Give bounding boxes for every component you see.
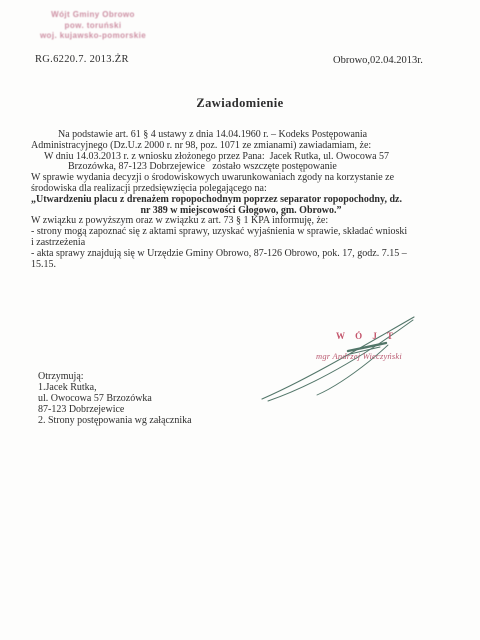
document-title: Zawiadomienie (0, 96, 480, 111)
body-line: 15.15. (31, 260, 451, 271)
wojt-name-stamp: mgr Andrzej Wieczyński (316, 351, 402, 361)
recipients-block: Otrzymują: 1.Jacek Rutka, ul. Owocowa 57… (38, 371, 192, 426)
document-body: Na podstawie art. 61 § 4 ustawy z dnia 1… (31, 130, 451, 270)
sender-stamp-line: Wójt Gminy Obrowo (28, 10, 158, 21)
handwritten-signature-stroke (230, 285, 430, 410)
recipient-line: 1.Jacek Rutka, (38, 382, 192, 393)
sender-stamp-line: woj. kujawsko-pomorskie (28, 31, 158, 42)
case-reference-number: RG.6220.7. 2013.ŻR (35, 54, 129, 65)
body-line-project-name: „Utwardzeniu placu z drenażem ropopochod… (31, 195, 451, 206)
sender-office-stamp: Wójt Gminy Obrowo pow. toruński woj. kuj… (28, 10, 158, 42)
body-line: - akta sprawy znajdują się w Urzędzie Gm… (31, 249, 451, 260)
recipients-heading: Otrzymują: (38, 371, 192, 382)
document-place-date: Obrowo,02.04.2013r. (333, 55, 423, 66)
scanned-letter-page: Wójt Gminy Obrowo pow. toruński woj. kuj… (0, 0, 480, 640)
recipient-line: 87-123 Dobrzejewice (38, 404, 192, 415)
recipient-line: ul. Owocowa 57 Brzozówka (38, 393, 192, 404)
sender-stamp-line: pow. toruński (28, 21, 158, 32)
wojt-role-stamp: W Ó J T (336, 331, 397, 341)
recipient-line: 2. Strony postępowania wg załącznika (38, 415, 192, 426)
body-line: Administracyjnego (Dz.U.z 2000 r. nr 98,… (31, 141, 451, 152)
body-line: - strony mogą zapoznać się z aktami spra… (31, 227, 451, 238)
